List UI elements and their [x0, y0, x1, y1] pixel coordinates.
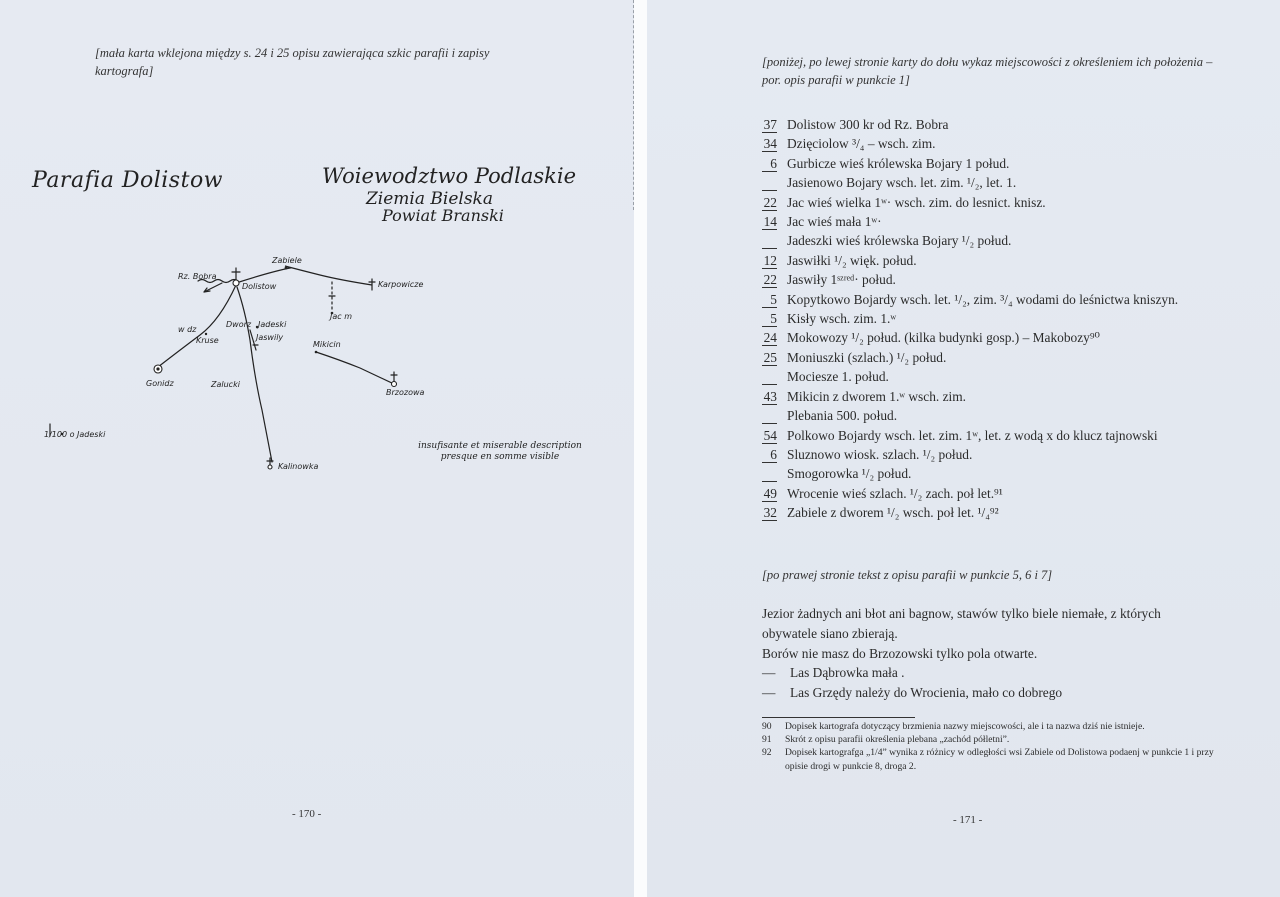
left-page: [mała karta wklejona między s. 24 i 25 o…: [0, 0, 634, 897]
section-note: [po prawej stronie tekst z opisu parafii…: [762, 566, 1222, 584]
location-count-value: 6: [762, 447, 777, 463]
page-number: - 171 -: [953, 814, 982, 826]
location-row: 12Jaswiłki ¹/₂ więk. połud.: [762, 251, 1222, 270]
location-count: 12: [762, 251, 787, 270]
location-count-value: 25: [762, 350, 777, 366]
map-label-kalinowka: Kalinowka: [278, 462, 318, 471]
footnote: 92 Dopisek kartografga „1/4” wynika z ró…: [762, 746, 1214, 772]
location-count: 32: [762, 503, 787, 522]
map-region: Woiewodztwo Podlaskie: [322, 164, 576, 188]
body-paragraph: Borów nie masz do Brzozowski tylko pola …: [762, 644, 1217, 664]
location-count-value: 54: [762, 428, 777, 444]
location-count-value: 49: [762, 486, 777, 502]
map-label-dworz: Dworz: [226, 320, 251, 329]
dash: —: [762, 683, 790, 703]
location-row: 5Kisły wsch. zim. 1.ʷ: [762, 309, 1222, 328]
map-label-karpowicze: Karpowicze: [378, 280, 423, 289]
location-row: Smogorowka ¹/₂ połud.: [762, 464, 1222, 483]
footnote: 90 Dopisek kartografa dotyczący brzmieni…: [762, 720, 1214, 733]
map-scale-note: 1/100 o Jadeski: [44, 430, 105, 439]
location-count-value: 6: [762, 156, 777, 172]
footnote-text: Dopisek kartografga „1/4” wynika z różni…: [785, 746, 1214, 772]
footnote-text: Skrót z opisu parafii określenia plebana…: [785, 733, 1009, 746]
dash-list-item: — Las Dąbrowka mała .: [762, 663, 1217, 683]
location-count: 5: [762, 290, 787, 309]
footnote-number: 91: [762, 733, 785, 746]
location-row: 24Mokowozy ¹/₂ połud. (kilka budynki gos…: [762, 328, 1222, 347]
footnote-separator: [762, 717, 915, 718]
dash-item-text: Las Dąbrowka mała .: [790, 663, 905, 683]
location-count: 43: [762, 387, 787, 406]
location-count: 54: [762, 426, 787, 445]
footnote-number: 90: [762, 720, 785, 733]
location-count: 14: [762, 212, 787, 231]
location-row: 22Jac wieś wielka 1ʷ· wsch. zim. do lesn…: [762, 193, 1222, 212]
location-text: Sluznowo wiosk. szlach. ¹/₂ połud.: [787, 445, 1222, 464]
location-count-value: [762, 369, 777, 385]
footnotes: 90 Dopisek kartografa dotyczący brzmieni…: [762, 720, 1214, 773]
location-row: 6Gurbicze wieś królewska Bojary 1 połud.: [762, 154, 1222, 173]
location-text: Gurbicze wieś królewska Bojary 1 połud.: [787, 154, 1222, 173]
location-count: 6: [762, 154, 787, 173]
body-paragraph: Jezior żadnych ani błot ani bagnow, staw…: [762, 604, 1217, 644]
location-text: Polkowo Bojardy wsch. let. zim. 1ʷ, let.…: [787, 426, 1222, 445]
map-label-dolistow: Dolistow: [242, 282, 276, 291]
location-count: [762, 367, 787, 386]
location-count: [762, 231, 787, 250]
location-row: 5Kopytkowo Bojardy wsch. let. ¹/₂, zim. …: [762, 290, 1222, 309]
location-count: 49: [762, 484, 787, 503]
location-text: Smogorowka ¹/₂ połud.: [787, 464, 1222, 483]
location-text: Dzięciolow ³/₄ – wsch. zim.: [787, 134, 1222, 153]
location-count: 5: [762, 309, 787, 328]
location-row: Mociesze 1. połud.: [762, 367, 1222, 386]
location-count: [762, 464, 787, 483]
location-count-value: [762, 233, 777, 249]
location-count-value: 32: [762, 505, 777, 521]
location-text: Wrocenie wieś szlach. ¹/₂ zach. poł let.…: [787, 484, 1222, 503]
map-title: Parafia Dolistow: [32, 168, 223, 193]
location-row: 43Mikicin z dworem 1.ʷ wsch. zim.: [762, 387, 1222, 406]
location-text: Mikicin z dworem 1.ʷ wsch. zim.: [787, 387, 1222, 406]
location-count-value: [762, 175, 777, 191]
cartographer-remark: insufisante et miserable description pre…: [410, 441, 590, 463]
location-count-value: 24: [762, 330, 777, 346]
location-count-value: 37: [762, 117, 777, 133]
location-text: Moniuszki (szlach.) ¹/₂ połud.: [787, 348, 1222, 367]
map-label-brzozowa: Brzozowa: [386, 388, 424, 397]
location-count: [762, 406, 787, 425]
footnote-number: 92: [762, 746, 785, 772]
footnote-text: Dopisek kartografa dotyczący brzmienia n…: [785, 720, 1145, 733]
location-count: 25: [762, 348, 787, 367]
location-row: 6Sluznowo wiosk. szlach. ¹/₂ połud.: [762, 445, 1222, 464]
map-county: Powiat Branski: [382, 206, 504, 225]
location-text: Jasienowo Bojary wsch. let. zim. ¹/₂, le…: [787, 173, 1222, 192]
location-count: 6: [762, 445, 787, 464]
page-number: - 170 -: [292, 808, 321, 820]
location-count-value: 14: [762, 214, 777, 230]
map-label-jadeski: Jadeski: [258, 320, 286, 329]
location-count-value: 5: [762, 292, 777, 308]
body-text: Jezior żadnych ani błot ani bagnow, staw…: [762, 604, 1217, 703]
location-row: 22Jaswiły 1ˢᶻʳᵉᵈ· połud.: [762, 270, 1222, 289]
location-count-value: 22: [762, 272, 777, 288]
location-text: Dolistow 300 kr od Rz. Bobra: [787, 115, 1222, 134]
dash: —: [762, 663, 790, 683]
location-text: Mociesze 1. połud.: [787, 367, 1222, 386]
location-text: Kisły wsch. zim. 1.ʷ: [787, 309, 1222, 328]
location-row: 32Zabiele z dworem ¹/₂ wsch. poł let. ¹/…: [762, 503, 1222, 522]
editorial-note: [mała karta wklejona między s. 24 i 25 o…: [95, 44, 495, 80]
location-count: 34: [762, 134, 787, 153]
location-count: 37: [762, 115, 787, 134]
editorial-note: [poniżej, po lewej stronie karty do dołu…: [762, 53, 1217, 89]
dash-item-text: Las Grzędy należy do Wrocienia, mało co …: [790, 683, 1062, 703]
page-fold-line: [633, 0, 635, 210]
map-label-zalucki: Zalucki: [211, 380, 240, 389]
location-text: Mokowozy ¹/₂ połud. (kilka budynki gosp.…: [787, 328, 1222, 347]
location-row: Jasienowo Bojary wsch. let. zim. ¹/₂, le…: [762, 173, 1222, 192]
book-gutter: [634, 0, 647, 897]
location-text: Jac wieś mała 1ʷ·: [787, 212, 1222, 231]
location-row: Plebania 500. połud.: [762, 406, 1222, 425]
location-text: Plebania 500. połud.: [787, 406, 1222, 425]
map-label-river: Rz. Bobra: [178, 272, 217, 281]
location-count-value: 5: [762, 311, 777, 327]
location-text: Zabiele z dworem ¹/₂ wsch. poł let. ¹/₄⁹…: [787, 503, 1222, 522]
location-text: Jaswiłki ¹/₂ więk. połud.: [787, 251, 1222, 270]
location-row: 54Polkowo Bojardy wsch. let. zim. 1ʷ, le…: [762, 426, 1222, 445]
map-label-wdz: w dz: [178, 325, 196, 334]
location-count: 22: [762, 270, 787, 289]
location-count: [762, 173, 787, 192]
location-count-value: 43: [762, 389, 777, 405]
location-row: Jadeszki wieś królewska Bojary ¹/₂ połud…: [762, 231, 1222, 250]
location-count-value: 34: [762, 136, 777, 152]
map-label-jac: Jac m: [330, 312, 352, 321]
location-count-value: [762, 408, 777, 424]
map-label-gonidz: Gonidz: [146, 379, 174, 388]
location-count-value: 12: [762, 253, 777, 269]
location-count: 22: [762, 193, 787, 212]
location-row: 14Jac wieś mała 1ʷ·: [762, 212, 1222, 231]
location-count-value: [762, 466, 777, 482]
footnote: 91 Skrót z opisu parafii określenia pleb…: [762, 733, 1214, 746]
locations-list: 37Dolistow 300 kr od Rz. Bobra34Dzięciol…: [762, 115, 1222, 523]
location-text: Jadeszki wieś królewska Bojary ¹/₂ połud…: [787, 231, 1222, 250]
location-row: 37Dolistow 300 kr od Rz. Bobra: [762, 115, 1222, 134]
map-label-mikicin: Mikicin: [313, 340, 341, 349]
location-row: 49Wrocenie wieś szlach. ¹/₂ zach. poł le…: [762, 484, 1222, 503]
location-count: 24: [762, 328, 787, 347]
dash-list-item: — Las Grzędy należy do Wrocienia, mało c…: [762, 683, 1217, 703]
location-text: Jaswiły 1ˢᶻʳᵉᵈ· połud.: [787, 270, 1222, 289]
location-text: Kopytkowo Bojardy wsch. let. ¹/₂, zim. ³…: [787, 290, 1222, 309]
location-row: 25Moniuszki (szlach.) ¹/₂ połud.: [762, 348, 1222, 367]
location-count-value: 22: [762, 195, 777, 211]
map-label-zabiele: Zabiele: [272, 256, 302, 265]
location-row: 34Dzięciolow ³/₄ – wsch. zim.: [762, 134, 1222, 153]
location-text: Jac wieś wielka 1ʷ· wsch. zim. do lesnic…: [787, 193, 1222, 212]
map-label-kruse: Kruse: [196, 336, 219, 345]
map-label-jaswily: Jaswily: [256, 333, 283, 342]
